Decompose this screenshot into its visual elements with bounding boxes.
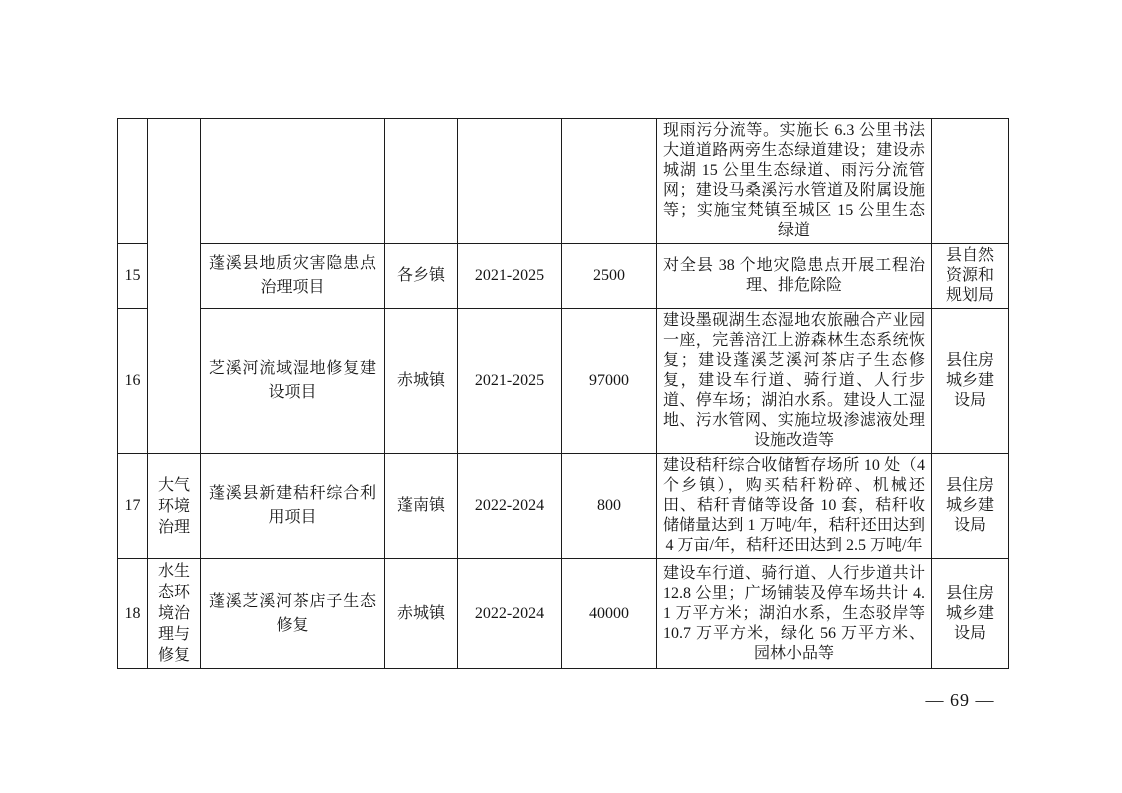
- cell-description: 建设车行道、骑行道、人行步道共计 12.8 公里；广场铺装及停车场共计 4.1 …: [657, 559, 932, 669]
- cell-project-name: [201, 119, 385, 244]
- cell-project-name: 蓬溪县新建秸秆综合利用项目: [201, 454, 385, 559]
- cell-seq: 16: [118, 309, 148, 454]
- cell-years: 2022-2024: [458, 559, 562, 669]
- cell-amount: 2500: [562, 244, 657, 309]
- cell-description: 建设秸秆综合收储暂存场所 10 处（4 个乡镇），购买秸秆粉碎、机械还田、秸秆青…: [657, 454, 932, 559]
- cell-seq: [118, 119, 148, 244]
- cell-category: 大气环境治理: [148, 454, 201, 559]
- cell-department: 县住房城乡建设局: [932, 309, 1009, 454]
- cell-department: 县自然资源和规划局: [932, 244, 1009, 309]
- project-table: 现雨污分流等。实施长 6.3 公里书法大道道路两旁生态绿道建设；建设赤城湖 15…: [117, 118, 1009, 669]
- cell-project-name: 芝溪河流域湿地修复建设项目: [201, 309, 385, 454]
- cell-category-merged: [148, 119, 201, 454]
- cell-department: 县住房城乡建设局: [932, 454, 1009, 559]
- cell-seq: 17: [118, 454, 148, 559]
- table-row: 15 蓬溪县地质灾害隐患点治理项目 各乡镇 2021-2025 2500 对全县…: [118, 244, 1009, 309]
- cell-seq: 15: [118, 244, 148, 309]
- cell-town: 蓬南镇: [385, 454, 458, 559]
- cell-department: [932, 119, 1009, 244]
- cell-years: 2022-2024: [458, 454, 562, 559]
- page-number: — 69 —: [897, 688, 1023, 712]
- cell-amount: 97000: [562, 309, 657, 454]
- cell-town: 赤城镇: [385, 309, 458, 454]
- cell-amount: 800: [562, 454, 657, 559]
- cell-town: [385, 119, 458, 244]
- cell-amount: [562, 119, 657, 244]
- cell-category: 水生态环境治理与修复: [148, 559, 201, 669]
- cell-description: 对全县 38 个地灾隐患点开展工程治理、排危除险: [657, 244, 932, 309]
- cell-years: 2021-2025: [458, 244, 562, 309]
- document-page: 现雨污分流等。实施长 6.3 公里书法大道道路两旁生态绿道建设；建设赤城湖 15…: [0, 0, 1122, 793]
- table-row-continued: 现雨污分流等。实施长 6.3 公里书法大道道路两旁生态绿道建设；建设赤城湖 15…: [118, 119, 1009, 244]
- cell-years: [458, 119, 562, 244]
- cell-town: 各乡镇: [385, 244, 458, 309]
- cell-project-name: 蓬溪县地质灾害隐患点治理项目: [201, 244, 385, 309]
- table-row: 16 芝溪河流域湿地修复建设项目 赤城镇 2021-2025 97000 建设墨…: [118, 309, 1009, 454]
- cell-project-name: 蓬溪芝溪河茶店子生态修复: [201, 559, 385, 669]
- table-row: 17 大气环境治理 蓬溪县新建秸秆综合利用项目 蓬南镇 2022-2024 80…: [118, 454, 1009, 559]
- cell-town: 赤城镇: [385, 559, 458, 669]
- cell-years: 2021-2025: [458, 309, 562, 454]
- cell-amount: 40000: [562, 559, 657, 669]
- table-row: 18 水生态环境治理与修复 蓬溪芝溪河茶店子生态修复 赤城镇 2022-2024…: [118, 559, 1009, 669]
- cell-department: 县住房城乡建设局: [932, 559, 1009, 669]
- cell-description: 现雨污分流等。实施长 6.3 公里书法大道道路两旁生态绿道建设；建设赤城湖 15…: [657, 119, 932, 244]
- cell-description: 建设墨砚湖生态湿地农旅融合产业园一座，完善涪江上游森林生态系统恢复；建设蓬溪芝溪…: [657, 309, 932, 454]
- cell-seq: 18: [118, 559, 148, 669]
